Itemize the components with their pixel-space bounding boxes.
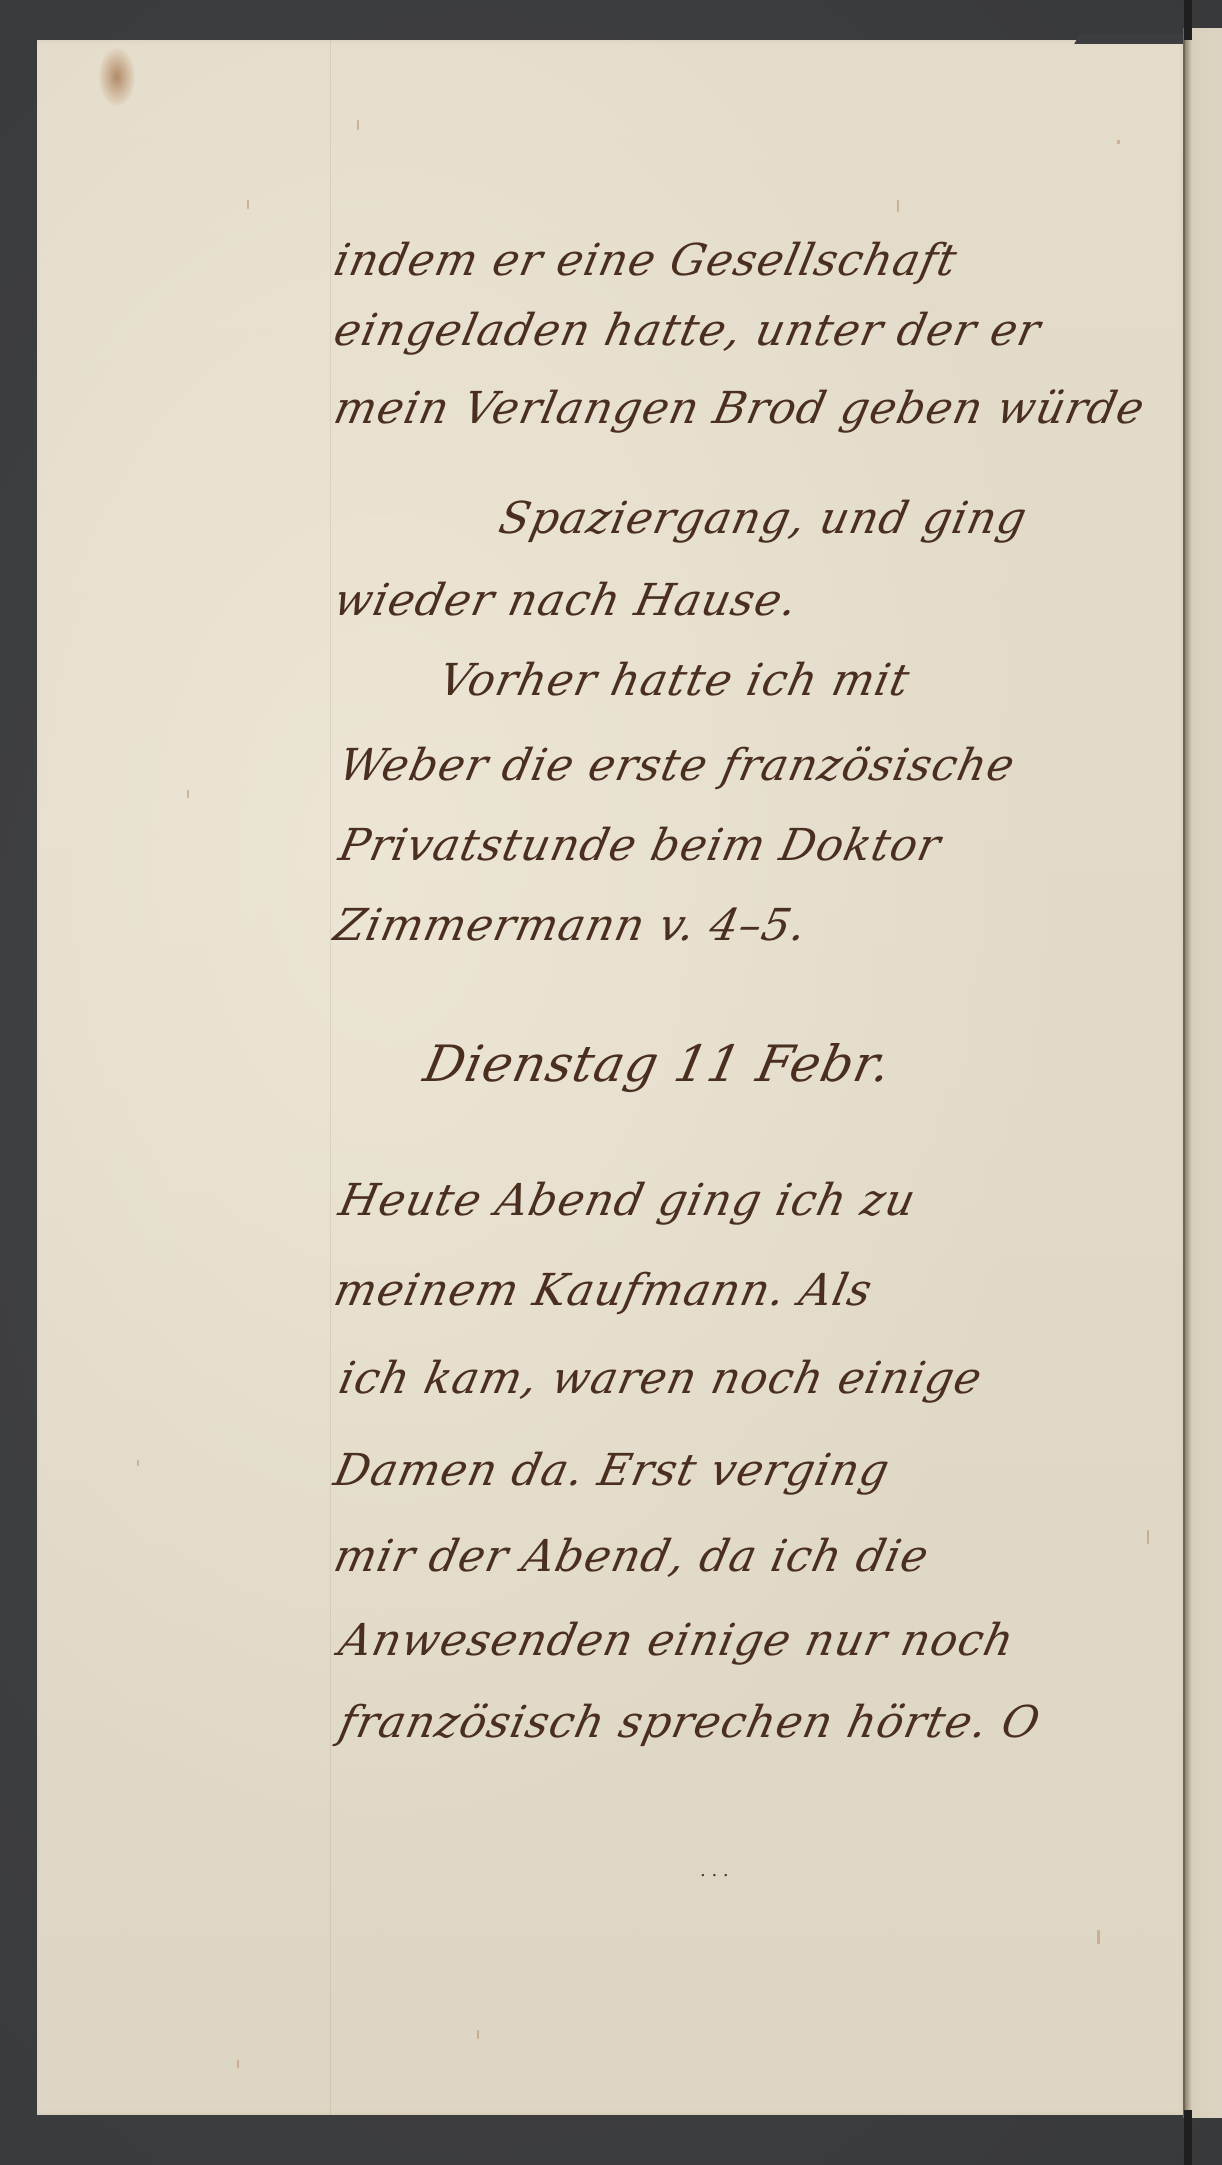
paper-speck xyxy=(897,200,899,212)
text-line: Damen da. Erst verging xyxy=(330,1445,895,1496)
paper-speck xyxy=(247,200,249,209)
text-line: Weber die erste französische xyxy=(335,740,1020,791)
text-line: Vorher hatte ich mit xyxy=(435,655,915,706)
text-line: eingeladen hatte, unter der er xyxy=(330,305,1046,356)
paper-speck xyxy=(187,790,189,798)
next-page-edge xyxy=(1183,28,1222,2118)
text-line: Heute Abend ging ich zu xyxy=(335,1175,921,1226)
text-line: indem er eine Gesellschaft xyxy=(330,235,962,286)
binding-shadow-bottom xyxy=(1184,2110,1192,2165)
paper-speck xyxy=(137,1460,139,1466)
text-line: mir der Abend, da ich die xyxy=(330,1531,934,1582)
text-line: französisch sprechen hörte. O xyxy=(335,1697,1045,1748)
text-line: Zimmermann v. 4–5. xyxy=(330,900,812,951)
entry-date-heading: Dienstag 11 Febr. xyxy=(419,1035,897,1093)
text-line: Privatstunde beim Doktor xyxy=(335,820,946,871)
paper-speck xyxy=(357,120,359,130)
text-line: Anwesenden einige nur noch xyxy=(335,1615,1019,1666)
paper-speck xyxy=(1147,1530,1149,1544)
text-line: Spaziergang, und ging xyxy=(495,493,1032,544)
ink-stain xyxy=(99,48,135,106)
text-line: mein Verlangen Brod geben würde xyxy=(330,383,1150,434)
paper-speck xyxy=(1097,1930,1100,1944)
paper-speck xyxy=(477,2030,479,2039)
ink-specks: . . . xyxy=(700,1860,729,1881)
text-line: wieder nach Hause. xyxy=(330,575,803,626)
paper-speck xyxy=(1117,140,1120,144)
text-line: meinem Kaufmann. Als xyxy=(330,1265,878,1316)
text-line: ich kam, waren noch einige xyxy=(335,1353,987,1404)
binding-shadow-top xyxy=(1184,0,1192,40)
paper-speck xyxy=(237,2060,239,2068)
